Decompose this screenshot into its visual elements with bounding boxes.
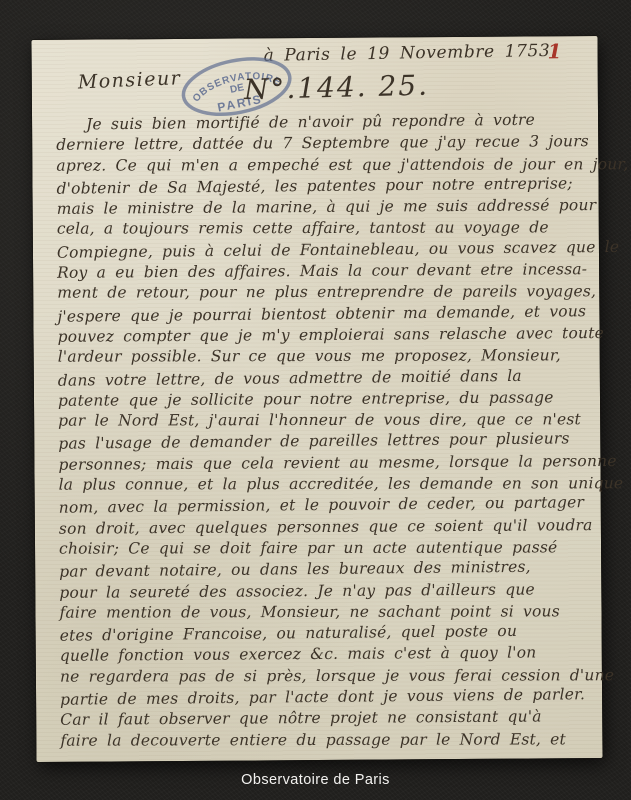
salutation: Monsieur [77,67,181,93]
letter-line: quelle fonction vous exercez &c. mais c'… [60,643,586,668]
letter-body: Je suis bien mortifié de n'avoir pû repo… [56,110,586,753]
photo-frame: à Paris le 19 Novembre 1753. 1 Monsieur … [0,0,631,800]
letter-line: cela, a toujours remis cette affaire, ta… [57,218,583,241]
caption: Observatoire de Paris [0,772,631,788]
letter-line: faire la decouverte entiere du passage p… [60,729,586,752]
letter-line: ment de retour, pour ne plus entreprendr… [57,282,583,305]
letter-line: pour la seureté des associez. Je n'ay pa… [59,579,585,604]
folio-number: 1 [547,39,561,63]
dateline: à Paris le 19 Novembre 1753. [263,41,556,66]
letter-paper: à Paris le 19 Novembre 1753. 1 Monsieur … [31,36,602,762]
archive-number: N°.144. 25. [243,69,429,107]
letter-line: son droit, avec quelques personnes que c… [59,515,585,540]
letter-line: personnes; mais que cela revient au mesm… [58,451,584,476]
letter-line: l'ardeur possible. Sur ce que vous me pr… [58,346,584,369]
